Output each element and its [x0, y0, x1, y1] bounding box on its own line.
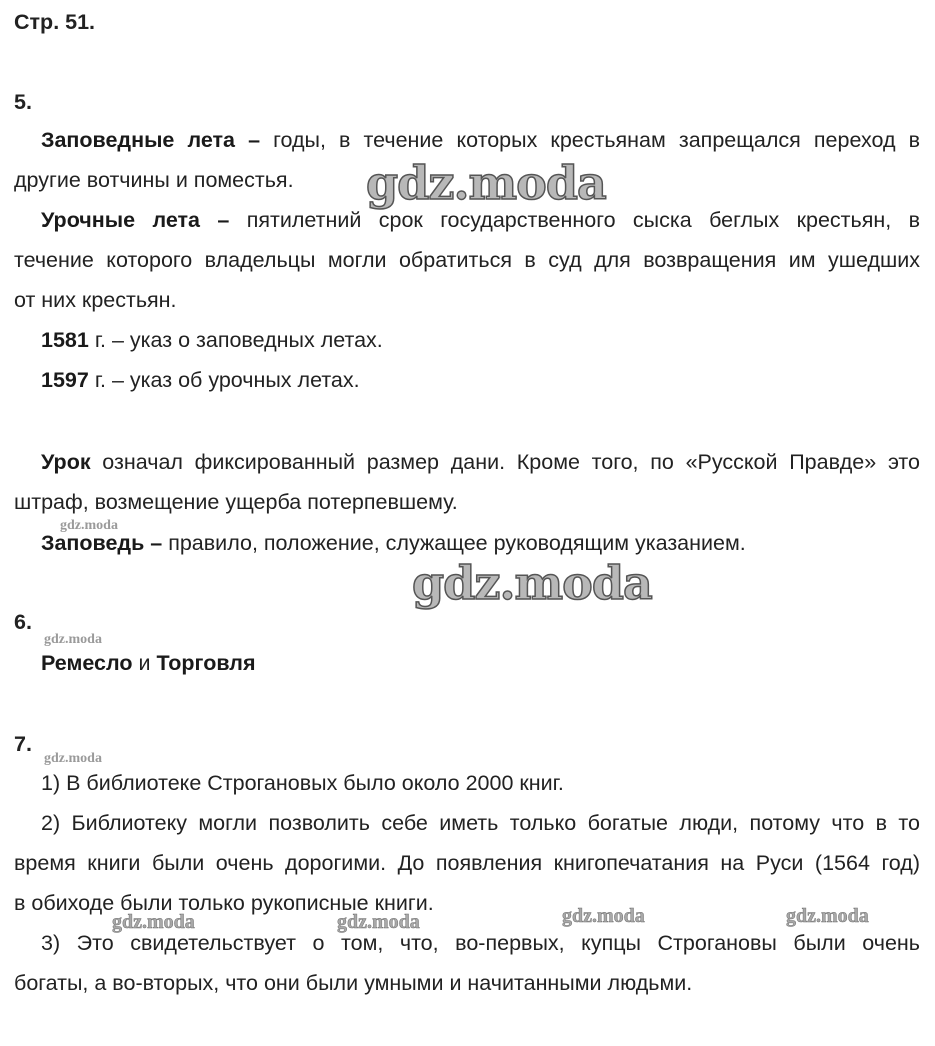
watermark: gdz.moda	[366, 160, 606, 206]
year: 1597	[41, 368, 89, 392]
answer-word: Торговля	[157, 651, 256, 675]
date-text: г. – указ о заповедных летах.	[89, 328, 383, 352]
watermark: gdz.moda	[60, 519, 118, 533]
watermark: gdz.moda	[562, 906, 645, 926]
definition-zapoved: Заповедь – правило, положение, служащее …	[41, 531, 746, 555]
date-1597: 1597 г. – указ об урочных летах.	[41, 368, 360, 392]
date-text: г. – указ об урочных летах.	[89, 368, 360, 392]
definition-zapovednye-leta: Заповедные лета – годы, в течение которы…	[41, 128, 920, 152]
year: 1581	[41, 328, 89, 352]
watermark: gdz.moda	[786, 906, 869, 926]
answer-7-item-3: 3) Это свидетельствует о том, что, во-пе…	[41, 931, 920, 955]
definition-urochnye-leta: Урочные лета – пятилетний срок государст…	[41, 208, 920, 232]
answer-7-item-1: 1) В библиотеке Строгановых было около 2…	[41, 771, 564, 795]
answer-7-item-2: 2) Библиотеку могли позволить себе иметь…	[41, 811, 920, 835]
definition-text: означал фиксированный размер дани. Кроме…	[91, 450, 920, 474]
watermark: gdz.moda	[112, 912, 195, 932]
date-1581: 1581 г. – указ о заповедных летах.	[41, 328, 383, 352]
watermark: gdz.moda	[44, 752, 102, 766]
term: Урочные лета –	[41, 208, 229, 232]
definition-continuation: от них крестьян.	[14, 288, 177, 312]
definition-urok: Урок означал фиксированный размер дани. …	[41, 450, 920, 474]
conjunction: и	[133, 651, 157, 675]
definition-text: правило, положение, служащее руководящим…	[162, 531, 746, 555]
section-6-number: 6.	[14, 610, 32, 634]
answer-6: Ремесло и Торговля	[41, 651, 256, 675]
term: Заповедь –	[41, 531, 162, 555]
watermark: gdz.moda	[44, 633, 102, 647]
answer-7-item-3-cont: богаты, а во-вторых, что они были умными…	[14, 971, 692, 995]
answer-word: Ремесло	[41, 651, 133, 675]
definition-continuation: штраф, возмещение ущерба потерпевшему.	[14, 490, 458, 514]
definition-continuation: течение которого владельцы могли обратит…	[14, 248, 920, 272]
term: Заповедные лета –	[41, 128, 260, 152]
section-5-number: 5.	[14, 90, 32, 114]
watermark: gdz.moda	[412, 560, 652, 606]
definition-text: пятилетний срок государственного сыска б…	[229, 208, 920, 232]
definition-continuation: другие вотчины и поместья.	[14, 168, 294, 192]
page-header: Стр. 51.	[14, 10, 95, 34]
watermark: gdz.moda	[337, 912, 420, 932]
definition-text: годы, в течение которых крестьянам запре…	[260, 128, 920, 152]
term: Урок	[41, 450, 91, 474]
answer-7-item-2-cont: время книги были очень дорогими. До появ…	[14, 851, 920, 875]
section-7-number: 7.	[14, 732, 32, 756]
